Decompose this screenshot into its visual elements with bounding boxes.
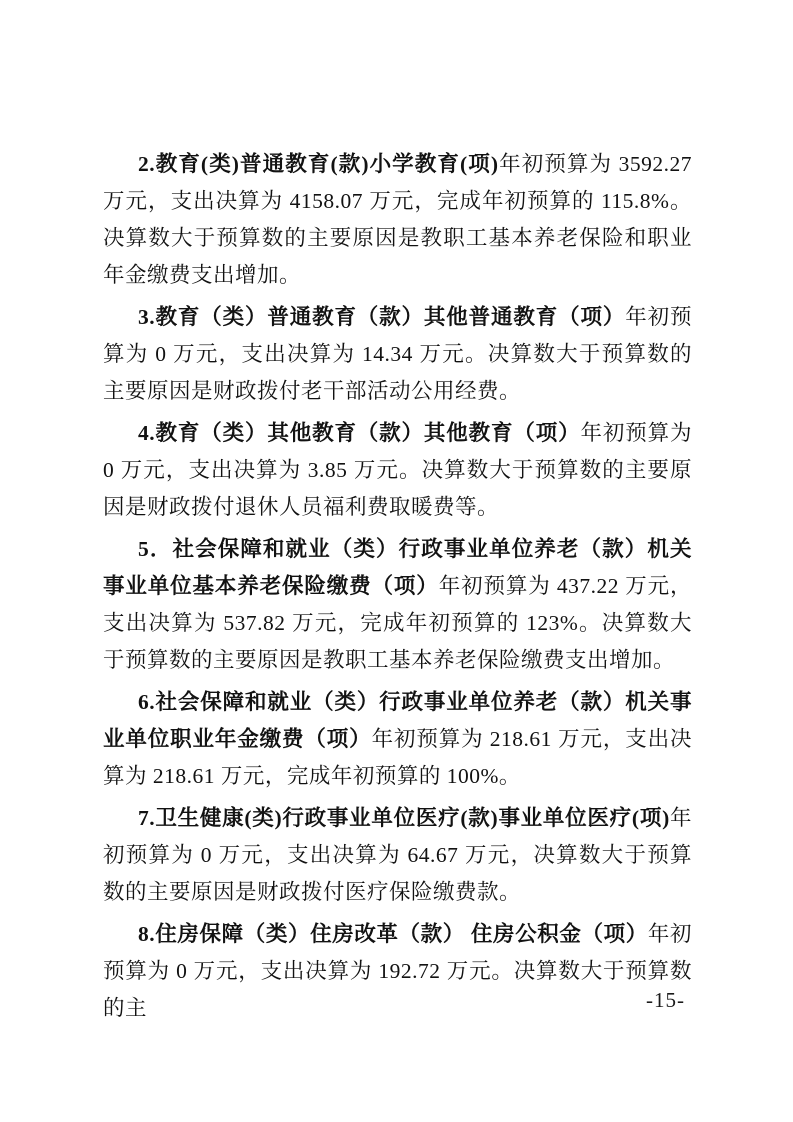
item-heading: 3.教育（类）普通教育（款）其他普通教育（项） [138, 305, 625, 329]
item-heading: 8.住房保障（类）住房改革（款） 住房公积金（项） [138, 922, 648, 946]
budget-item-paragraph-7: 7.卫生健康(类)行政事业单位医疗(款)事业单位医疗(项)年初预算为 0 万元，… [103, 800, 692, 911]
budget-item-paragraph-6: 6.社会保障和就业（类）行政事业单位养老（款）机关事业单位职业年金缴费（项）年初… [103, 684, 692, 795]
document-page: 2.教育(类)普通教育(款)小学教育(项)年初预算为 3592.27 万元，支出… [0, 0, 793, 1122]
budget-item-paragraph-3: 3.教育（类）普通教育（款）其他普通教育（项）年初预算为 0 万元，支出决算为 … [103, 299, 692, 410]
budget-item-paragraph-2: 2.教育(类)普通教育(款)小学教育(项)年初预算为 3592.27 万元，支出… [103, 146, 692, 294]
page-number: -15- [646, 988, 685, 1012]
budget-item-paragraph-8: 8.住房保障（类）住房改革（款） 住房公积金（项）年初预算为 0 万元，支出决算… [103, 916, 692, 1027]
budget-item-paragraph-4: 4.教育（类）其他教育（款）其他教育（项）年初预算为 0 万元，支出决算为 3.… [103, 415, 692, 526]
document-body: 2.教育(类)普通教育(款)小学教育(项)年初预算为 3592.27 万元，支出… [103, 146, 692, 1032]
budget-item-paragraph-5: 5．社会保障和就业（类）行政事业单位养老（款）机关事业单位基本养老保险缴费（项）… [103, 531, 692, 679]
item-heading: 7.卫生健康(类)行政事业单位医疗(款)事业单位医疗(项) [138, 806, 670, 830]
item-heading: 2.教育(类)普通教育(款)小学教育(项) [138, 152, 499, 176]
item-heading: 4.教育（类）其他教育（款）其他教育（项） [138, 421, 581, 445]
